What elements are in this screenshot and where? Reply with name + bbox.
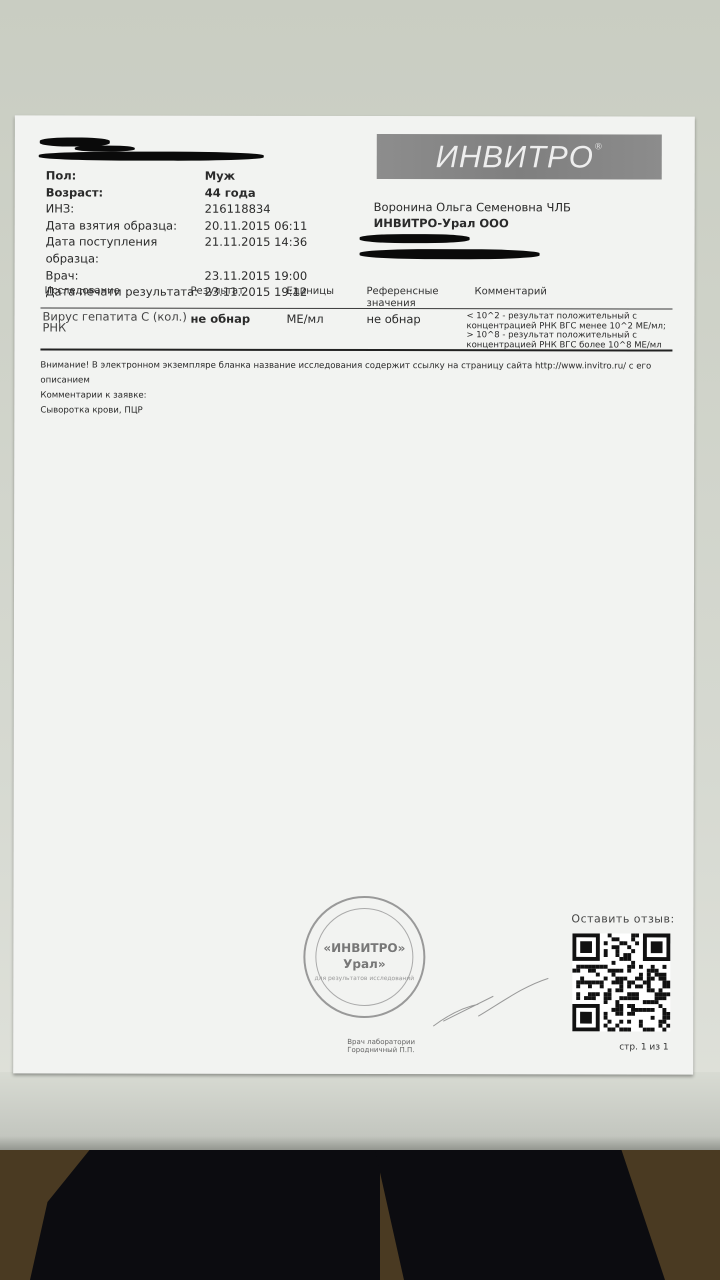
value-inz: 216118834 [205,201,271,218]
stamp-line3: для результатов исследований [305,975,423,982]
patient-info: Пол:Муж Возраст:44 года ИНЗ:216118834 Да… [46,167,308,300]
stamp-line1: «ИНВИТРО» [305,941,423,955]
page-number: стр. 1 из 1 [619,1042,668,1052]
test-name-line2: РНК [42,320,66,334]
signature-name: Городничный П.П. [347,1046,415,1054]
value-age: 44 года [205,184,256,201]
cell-units: МЕ/мл [286,312,323,326]
header-units: Единицы [287,286,335,297]
info-row-inz: ИНЗ:216118834 [46,201,308,218]
header-result: Результат [191,286,245,297]
signature-title: Врач лаборатории [347,1038,415,1046]
invitro-logo: ИНВИТРО® [377,134,662,179]
header-ref-line1: Референсные [367,286,439,297]
lab-org: ИНВИТРО-Урал ООО [374,215,571,231]
cell-test: Вирус гепатита С (кол.)РНК [42,311,186,333]
label-received-date: Дата поступления образца: [46,234,205,267]
info-row-age: Возраст:44 года [46,184,308,201]
redaction [360,249,540,259]
value-received-date: 21.11.2015 14:36 [205,234,308,267]
lab-result-document: ИНВИТРО® Пол:Муж Возраст:44 года ИНЗ:216… [13,115,695,1074]
label-sample-date: Дата взятия образца: [46,217,205,234]
redaction [39,151,264,160]
redaction [360,234,470,243]
comments-value: Сыворотка крови, ПЦР [40,403,694,419]
floor [0,1150,720,1280]
cell-comment: < 10^2 - результат положительный с конце… [466,312,696,350]
cell-result: не обнар [190,312,250,326]
label-inz: ИНЗ: [46,201,205,218]
header-test: Исследование [45,285,120,296]
info-row-doctor: Врач:23.11.2015 19:00 [46,267,308,284]
label-age: Возраст: [46,184,205,201]
label-doctor: Врач: [46,267,205,284]
leg-left [30,1150,380,1280]
shelf [0,1072,720,1152]
qr-code[interactable] [572,933,670,1031]
signature: Врач лаборатории Городничный П.П. [347,1038,415,1054]
table-bottom-divider [40,348,672,351]
cell-ref: не обнар [366,312,420,326]
header-comment: Комментарий [475,286,547,297]
stamp: «ИНВИТРО» Урал» для результатов исследов… [303,896,425,1018]
header-ref: Референсныезначения [366,286,438,310]
feedback-label: Оставить отзыв: [571,912,674,925]
registered-mark: ® [594,142,603,152]
info-row-received-date: Дата поступления образца:21.11.2015 14:3… [46,234,308,268]
value-sex: Муж [205,168,235,185]
info-row-sample-date: Дата взятия образца:20.11.2015 06:11 [46,217,308,234]
redaction [75,146,135,152]
logo-text: ИНВИТРО [436,139,594,175]
lab-doctor: Воронина Ольга Семеновна ЧЛБ [374,199,571,215]
notes: Внимание! В электронном экземпляре бланк… [40,358,694,419]
lab-info: Воронина Ольга Семеновна ЧЛБ ИНВИТРО-Ура… [374,199,571,231]
label-sex: Пол: [46,167,205,184]
leg-right [375,1150,665,1280]
value-doctor: 23.11.2015 19:00 [205,267,308,284]
warning-note: Внимание! В электронном экземпляре бланк… [40,358,694,389]
value-sample-date: 20.11.2015 06:11 [205,218,308,235]
signature-scribble [423,976,553,1036]
info-row-sex: Пол:Муж [46,167,308,184]
stamp-line2: Урал» [305,957,423,971]
comments-label: Комментарии к заявке: [40,388,694,404]
